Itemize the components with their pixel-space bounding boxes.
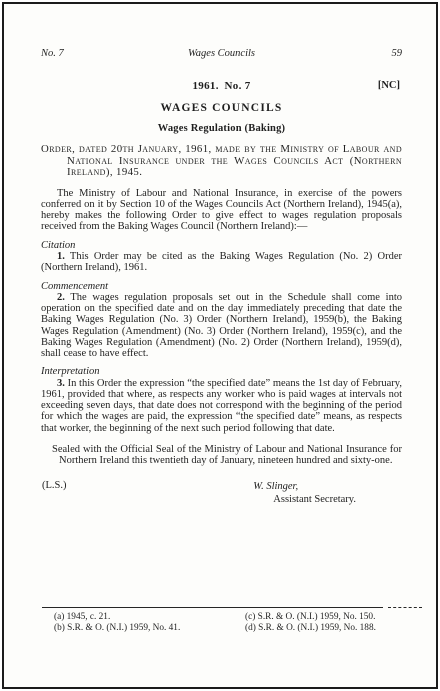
footnote-a: (a) 1945, c. 21. — [54, 612, 233, 623]
section-citation: Citation 1. This Order may be cited as t… — [41, 240, 402, 274]
footnote-b: (b) S.R. & O. (N.I.) 1959, No. 41. — [54, 623, 233, 634]
paragraph-text: In this Order the expression “the specif… — [41, 378, 402, 434]
issue-number-line: 1961. No. 7 — [193, 80, 251, 92]
signatory: W. Slinger, Assistant Secretary. — [253, 480, 356, 506]
paragraph-number: 1. — [57, 251, 65, 262]
page-content: No. 7 Wages Councils 59 1961. No. 7 [NC]… — [4, 4, 436, 506]
footnote-columns: (a) 1945, c. 21. (b) S.R. & O. (N.I.) 19… — [42, 612, 424, 633]
section-commencement: Commencement 2. The wages regulation pro… — [41, 281, 402, 360]
section-heading: Interpretation — [41, 366, 402, 378]
section-paragraph: 1. This Order may be cited as the Baking… — [41, 251, 402, 273]
running-header-title: Wages Councils — [41, 48, 402, 59]
section-paragraph: 3. In this Order the expression “the spe… — [41, 378, 402, 434]
section-paragraph: 2. The wages regulation proposals set ou… — [41, 292, 402, 359]
footnote-rule-dash — [388, 607, 422, 608]
running-header-issue: No. 7 — [41, 48, 64, 59]
corner-tag: [NC] — [378, 80, 400, 91]
order-caption: Order, dated 20th January, 1961, made by… — [41, 144, 402, 179]
preamble-paragraph: The Ministry of Labour and National Insu… — [41, 188, 402, 233]
section-heading: Citation — [41, 240, 402, 252]
paragraph-text: The wages regulation proposals set out i… — [41, 292, 402, 359]
footnote-c: (c) S.R. & O. (N.I.) 1959, No. 150. — [245, 612, 424, 623]
footnote-rule-solid — [42, 607, 383, 608]
section-heading: Commencement — [41, 281, 402, 293]
footnote-d: (d) S.R. & O. (N.I.) 1959, No. 188. — [245, 623, 424, 634]
document-page: No. 7 Wages Councils 59 1961. No. 7 [NC]… — [2, 2, 438, 689]
signatory-title: Assistant Secretary. — [273, 493, 356, 506]
footnotes: (a) 1945, c. 21. (b) S.R. & O. (N.I.) 19… — [42, 607, 424, 633]
footnote-column-right: (c) S.R. & O. (N.I.) 1959, No. 150. (d) … — [233, 612, 424, 633]
paragraph-number: 3. — [57, 378, 65, 389]
signature-block: (L.S.) W. Slinger, Assistant Secretary. — [41, 480, 402, 506]
series-title: WAGES COUNCILS — [41, 102, 402, 114]
footnote-rule — [42, 607, 422, 608]
footnote-column-left: (a) 1945, c. 21. (b) S.R. & O. (N.I.) 19… — [42, 612, 233, 633]
running-header-page-number: 59 — [392, 48, 403, 59]
signatory-name: W. Slinger, — [253, 480, 356, 493]
seal-mark: (L.S.) — [42, 480, 67, 506]
paragraph-number: 2. — [57, 292, 65, 303]
running-header: No. 7 Wages Councils 59 — [41, 48, 402, 59]
section-interpretation: Interpretation 3. In this Order the expr… — [41, 366, 402, 434]
sealing-clause: Sealed with the Official Seal of the Min… — [41, 444, 402, 467]
masthead: 1961. No. 7 [NC] — [41, 80, 402, 92]
subject-title: Wages Regulation (Baking) — [41, 123, 402, 134]
paragraph-text: This Order may be cited as the Baking Wa… — [41, 251, 402, 273]
